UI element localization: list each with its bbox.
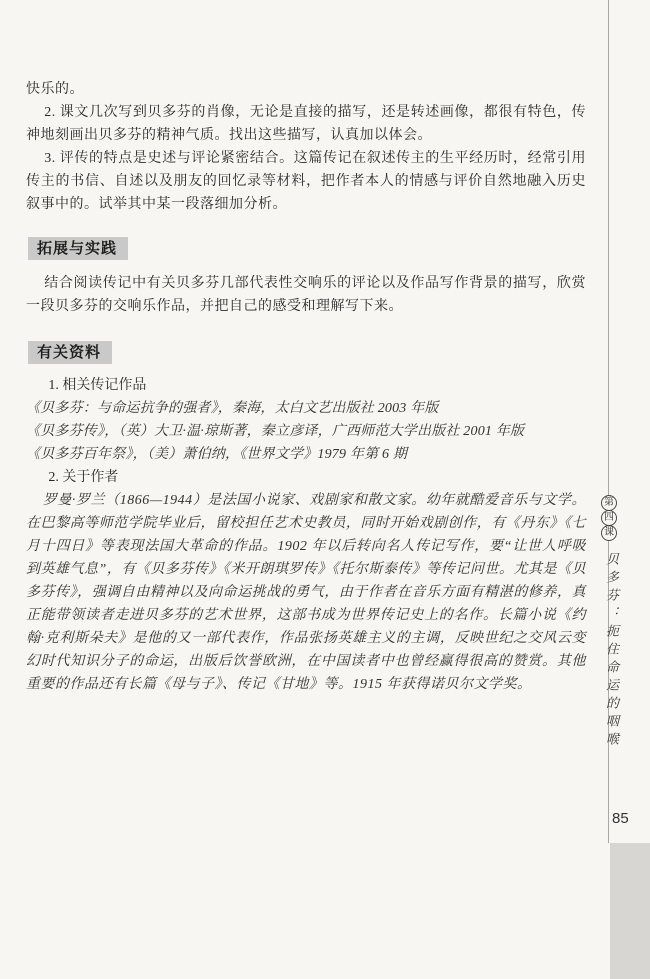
list-heading-biographies: 1. 相关传记作品 <box>26 374 586 397</box>
section-header-related-materials: 有关资料 <box>28 341 112 364</box>
book-entry-1: 《贝多芬：与命运抗争的强者》，秦海，太白文艺出版社 2003 年版 <box>26 397 586 420</box>
page-edge-tab <box>610 843 650 979</box>
main-text-column: 快乐的。 2. 课文几次写到贝多芬的肖像，无论是直接的描写，还是转述画像，都很有… <box>26 78 586 696</box>
page-number: 85 <box>612 810 629 827</box>
chapter-title-vertical: 贝多芬：扼住命运的咽喉 <box>602 552 621 750</box>
list-heading-about-author: 2. 关于作者 <box>26 466 586 489</box>
lesson-badge-char-2: 四 <box>601 510 617 526</box>
author-bio-paragraph: 罗曼·罗兰（1866—1944）是法国小说家、戏剧家和散文家。幼年就酷爱音乐与文… <box>26 489 586 696</box>
exercise-item-3: 3. 评传的特点是史述与评论紧密结合。这篇传记在叙述传主的生平经历时，经常引用传… <box>26 147 586 216</box>
section-header-expand-practice: 拓展与实践 <box>28 237 128 260</box>
exercise-item-2: 2. 课文几次写到贝多芬的肖像，无论是直接的描写，还是转述画像，都很有特色，传神… <box>26 101 586 147</box>
section-body-expand-practice: 结合阅读传记中有关贝多芬几部代表性交响乐的评论以及作品写作背景的描写，欣赏一段贝… <box>26 272 586 318</box>
paragraph-continuation: 快乐的。 <box>26 78 586 101</box>
book-entry-2: 《贝多芬传》，（英）大卫·温·琼斯著，秦立彦译，广西师范大学出版社 2001 年… <box>26 420 586 443</box>
lesson-badge-char-3: 课 <box>601 525 617 541</box>
lesson-badge-char-1: 第 <box>601 495 617 511</box>
book-entry-3: 《贝多芬百年祭》，（美）萧伯纳，《世界文学》1979 年第 6 期 <box>26 443 586 466</box>
lesson-number-badges: 第 四 课 <box>601 495 617 540</box>
